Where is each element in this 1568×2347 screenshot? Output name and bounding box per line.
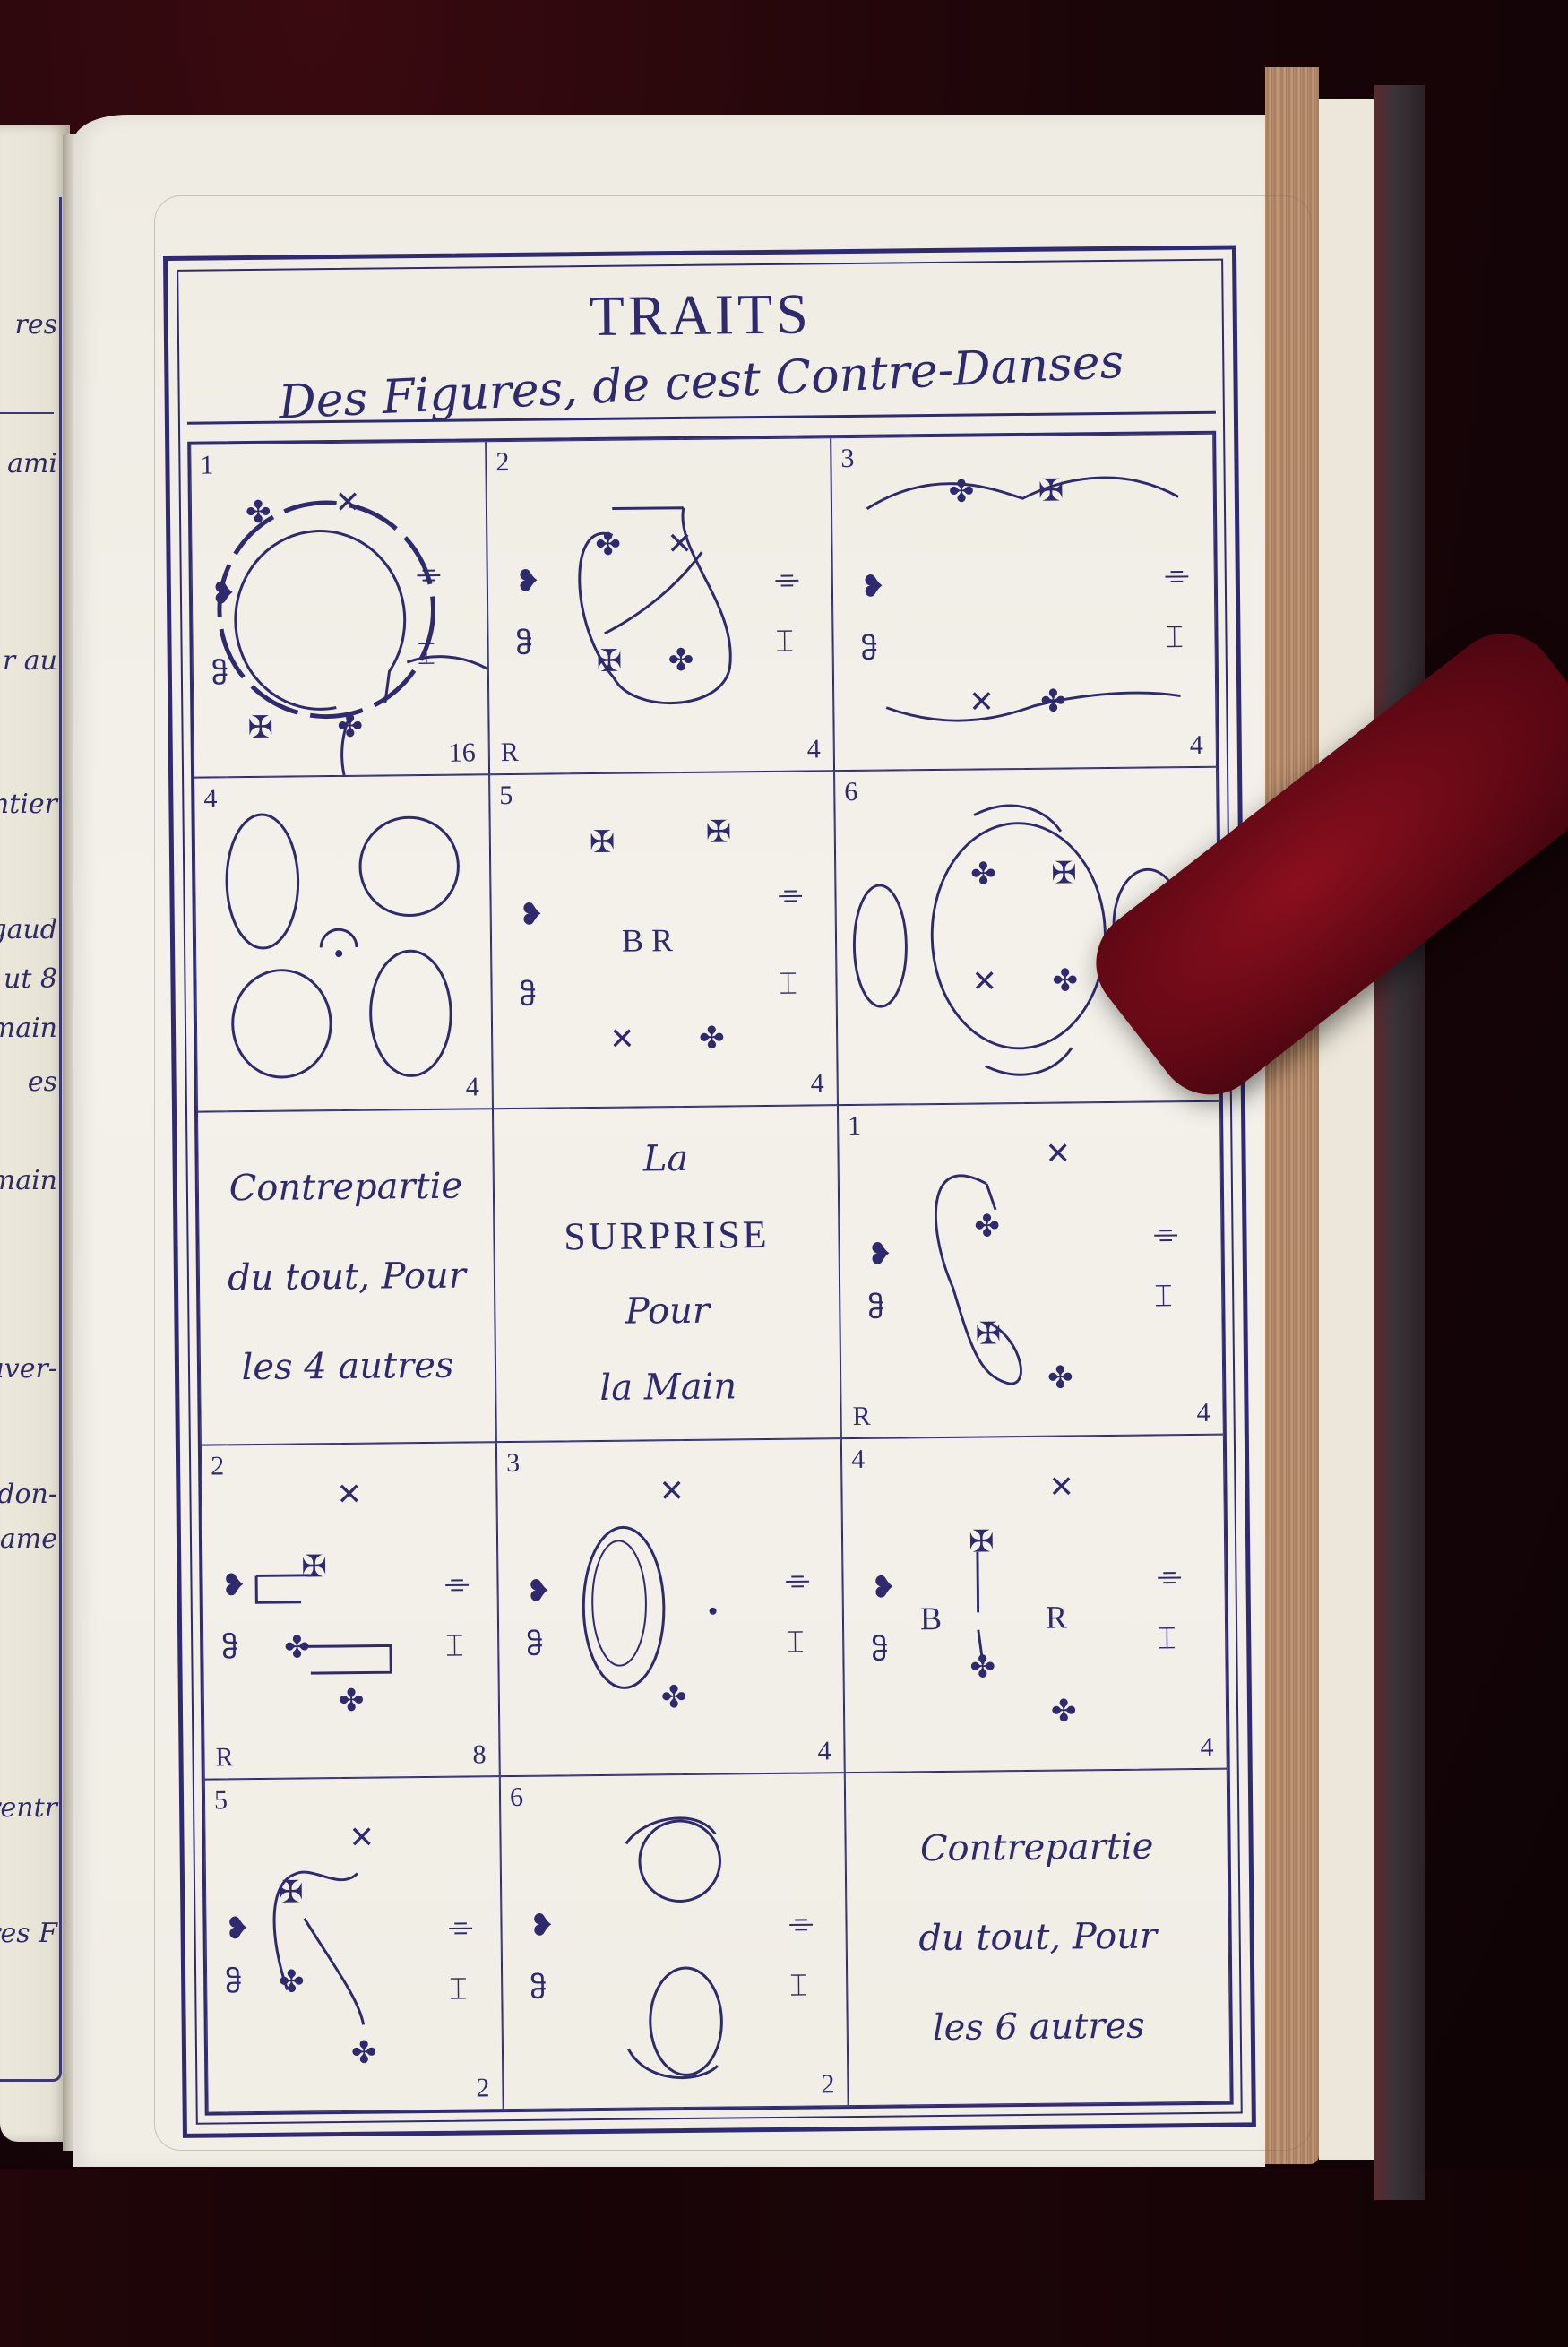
- figure-cell-6b: 6 ❥ ჵ ⌯ ⌶ 2: [500, 1773, 849, 2110]
- quatrefoil-icon: ✤: [661, 1683, 687, 1713]
- dance-title: SURPRISE: [495, 1195, 839, 1275]
- cross-icon: ✠: [1038, 476, 1064, 506]
- ibeam-icon: ⌶: [445, 1632, 464, 1662]
- repeat-count: 4: [1196, 1398, 1210, 1428]
- bow-icon: ⌯: [788, 1908, 814, 1938]
- figure-cell-4b: 4 ✕ ✠ ❥ B R ჵ ✤ ✤ ⌯ ⌶ 4: [841, 1435, 1228, 1773]
- engraved-frame-inner: TRAITS Des Figures, de cest Contre-Danse…: [177, 259, 1243, 2125]
- left-margin-text: res: [15, 309, 58, 341]
- saltire-icon: ✕: [1048, 1473, 1074, 1504]
- figure-cell-1: 1 ✤ ✕ ⌯ ❥ ჵ ⌶ ✠ ✤ 16: [190, 441, 489, 778]
- heart-icon: ❥: [519, 901, 545, 931]
- saltire-icon: ✕: [971, 968, 997, 998]
- left-margin-text: es: [28, 1066, 57, 1098]
- bow-icon: ⌯: [778, 880, 803, 910]
- heart-icon: ❥: [529, 1911, 555, 1941]
- bow-icon: ⌯: [1157, 1561, 1182, 1592]
- caption-line: Contrepartie: [198, 1141, 493, 1233]
- cell-letters: B R: [622, 921, 673, 960]
- ibeam-icon: ⌶: [1154, 1281, 1173, 1312]
- saltire-icon: ✕: [1045, 1139, 1071, 1169]
- repeat-count: 4: [1190, 730, 1203, 761]
- figures-grid: 1 ✤ ✕ ⌯ ❥ ჵ ⌶ ✠ ✤ 16 2: [187, 431, 1233, 2116]
- ibeam-icon: ⌶: [789, 1971, 808, 2001]
- saltire-icon: ✕: [609, 1025, 635, 1056]
- crossing-arcs-figure-icon: [831, 435, 1216, 771]
- knot-icon: ჵ: [530, 1973, 547, 2004]
- cross-icon: ✠: [597, 647, 623, 677]
- quatrefoil-icon: ✤: [337, 712, 363, 743]
- caption-line: La: [494, 1119, 838, 1199]
- heart-icon: ❥: [515, 567, 541, 598]
- vertical-arrows-figure-icon: [842, 1436, 1227, 1772]
- figure-cell-5b: 5 ✕ ✠ ❥ ჵ ✤ ✤ ⌯ ⌶ 2: [204, 1776, 504, 2113]
- left-margin-text: udon-: [0, 1479, 57, 1510]
- repeat-count: 4: [466, 1072, 479, 1102]
- engraved-frame: TRAITS Des Figures, de cest Contre-Danse…: [163, 245, 1256, 2137]
- quatrefoil-icon: ✤: [595, 531, 621, 561]
- cell-mark: R: [215, 1742, 233, 1773]
- repeat-count: 4: [811, 1068, 824, 1099]
- velvet-background: [0, 2169, 1568, 2347]
- saltire-icon: ✕: [659, 1477, 685, 1507]
- quatrefoil-icon: ✤: [1040, 686, 1066, 717]
- figure-eights-icon: [194, 776, 492, 1111]
- text-cell-contrepartie-4: Contrepartie du tout, Pour les 4 autres: [197, 1109, 496, 1445]
- bow-icon: ⌯: [1153, 1219, 1178, 1249]
- repeat-count: 2: [821, 2069, 834, 2100]
- cross-icon: ✠: [278, 1877, 304, 1908]
- ibeam-icon: ⌶: [449, 1974, 468, 2005]
- heart-icon: ❥: [224, 1914, 250, 1945]
- quatrefoil-icon: ✤: [949, 478, 975, 508]
- saltire-icon: ✕: [667, 530, 693, 560]
- text-cell-contrepartie-6: Contrepartie du tout, Pour les 6 autres: [845, 1768, 1231, 2106]
- figure-number: 5: [499, 781, 513, 811]
- bow-icon: ⌯: [444, 1569, 470, 1600]
- cell-caption: Contrepartie du tout, Pour les 4 autres: [198, 1141, 495, 1412]
- cell-letter-b: B: [920, 1600, 942, 1637]
- caption-line: les 6 autres: [848, 1980, 1229, 2073]
- left-page: res ami r au entier igaud ut 8 main es m…: [0, 125, 70, 2142]
- repeat-count: 4: [817, 1736, 831, 1766]
- cross-icon: ✠: [301, 1552, 327, 1583]
- ibeam-icon: ⌶: [1165, 623, 1184, 653]
- left-margin-text: entier: [0, 789, 57, 820]
- title-box: TRAITS Des Figures, de cest Contre-Danse…: [185, 268, 1216, 425]
- left-margin-text: ami: [7, 448, 57, 479]
- quatrefoil-icon: ✤: [351, 2038, 377, 2068]
- ibeam-icon: ⌶: [775, 627, 794, 658]
- caption-line: du tout, Pour: [199, 1230, 494, 1323]
- figure-cell-2: 2 ✤ ✕ ❥ ჵ ✠ ✤ ⌯ ⌶ R 4: [486, 437, 834, 774]
- quatrefoil-icon: ✤: [279, 1967, 305, 1998]
- cell-letter-r: R: [1046, 1599, 1067, 1636]
- left-margin-text: res F: [0, 1918, 57, 1949]
- bow-icon: ⌯: [785, 1566, 810, 1596]
- knot-icon: ჵ: [871, 1636, 888, 1667]
- figure-cell-3b: 3 ✕ ❥ ჵ ✤ ⌯ ⌶ 4: [496, 1438, 845, 1775]
- knot-icon: ჵ: [860, 635, 877, 666]
- ibeam-icon: ⌶: [779, 970, 797, 1000]
- knot-icon: ჵ: [515, 630, 532, 660]
- figure-cell-1b: 1 ✕ ✤ ❥ ჵ ✠ ✤ ⌯ ⌶ R 4: [838, 1100, 1224, 1438]
- cell-caption: Contrepartie du tout, Pour les 6 autres: [846, 1800, 1229, 2073]
- bow-icon: ⌯: [417, 559, 442, 590]
- repeat-count: 4: [1200, 1731, 1213, 1762]
- knot-icon: ჵ: [519, 981, 536, 1012]
- cross-icon: ✠: [590, 828, 616, 859]
- figure-cell-2b: 2 ✕ ❥ ✠ ჵ ✤ ✤ ⌯ ⌶ R 8: [201, 1442, 500, 1779]
- knot-icon: ჵ: [225, 1968, 242, 1998]
- knot-icon: ჵ: [867, 1293, 884, 1324]
- cell-mark: R: [501, 738, 519, 768]
- s-loop-figure-icon: [839, 1102, 1223, 1438]
- bow-icon: ⌯: [448, 1911, 473, 1942]
- quatrefoil-icon: ✤: [246, 498, 271, 529]
- left-margin-text: igaud: [0, 914, 57, 945]
- heart-icon: ❥: [870, 1574, 896, 1604]
- left-margin-text: ut 8: [4, 963, 57, 995]
- left-margin-text: aver-: [0, 1353, 57, 1385]
- cross-icon: ✠: [1051, 859, 1077, 890]
- right-page: TRAITS Des Figures, de cest Contre-Danse…: [73, 115, 1265, 2167]
- ibeam-icon: ⌶: [417, 640, 435, 670]
- cell-caption: La SURPRISE Pour la Main: [494, 1119, 840, 1428]
- caption-line: les 4 autres: [200, 1320, 495, 1412]
- heart-icon: ❥: [867, 1239, 893, 1270]
- cross-icon: ✠: [247, 713, 273, 744]
- cross-icon: ✠: [706, 818, 732, 849]
- ibeam-icon: ⌶: [1158, 1624, 1176, 1654]
- heart-icon: ❥: [211, 579, 237, 609]
- left-margin-text: r au: [3, 645, 57, 677]
- left-margin-text: dame: [0, 1523, 57, 1555]
- quatrefoil-icon: ✤: [969, 1653, 995, 1684]
- left-margin-text: main: [0, 1013, 57, 1044]
- knot-icon: ჵ: [221, 1634, 238, 1664]
- quatrefoil-icon: ✤: [970, 860, 996, 891]
- text-cell-la-surprise: La SURPRISE Pour la Main: [493, 1105, 841, 1442]
- knot-icon: ჵ: [211, 660, 228, 690]
- repeat-count: 4: [807, 735, 821, 765]
- quatrefoil-icon: ✤: [1047, 1363, 1073, 1394]
- cross-icon: ✠: [975, 1319, 1001, 1350]
- cross-icon: ✠: [969, 1528, 995, 1558]
- caption-line: Pour: [495, 1272, 840, 1351]
- repeat-count: 2: [476, 2073, 489, 2103]
- quatrefoil-icon: ✤: [668, 646, 694, 677]
- caption-line: Contrepartie: [846, 1800, 1228, 1894]
- quatrefoil-icon: ✤: [284, 1634, 310, 1664]
- heart-icon: ❥: [220, 1571, 246, 1601]
- endpaper: [1319, 99, 1374, 2160]
- left-margin-text: main: [0, 1165, 57, 1196]
- bow-icon: ⌯: [775, 565, 800, 595]
- heart-icon: ❥: [860, 573, 886, 603]
- caption-line: du tout, Pour: [847, 1890, 1228, 1983]
- ibeam-icon: ⌶: [786, 1628, 805, 1659]
- quatrefoil-icon: ✤: [699, 1024, 725, 1055]
- left-margin-text: trentr: [0, 1792, 57, 1824]
- saltire-icon: ✕: [349, 1823, 375, 1853]
- bow-icon: ⌯: [1165, 560, 1190, 591]
- saltire-icon: ✕: [969, 687, 995, 718]
- repeat-count: 8: [472, 1739, 486, 1770]
- figure-cell-5: 5 ✠ ✠ ❥ ⌯ B R ჵ ⌶ ✕ ✤ 4: [489, 772, 838, 1109]
- repeat-count: 16: [449, 738, 476, 769]
- saltire-icon: ✕: [335, 488, 361, 519]
- figure-cell-3: 3 ✤ ✠ ❥ ჵ ⌯ ⌶ ✕ ✤ 4: [831, 434, 1217, 772]
- cell-mark: R: [852, 1402, 870, 1432]
- saltire-icon: ✕: [336, 1480, 362, 1511]
- knot-icon: ჵ: [526, 1631, 543, 1661]
- quatrefoil-icon: ✤: [974, 1212, 1000, 1242]
- figure-cell-4: 4 4: [194, 775, 493, 1112]
- s-curve-figure-icon: [487, 438, 833, 773]
- quatrefoil-icon: ✤: [1052, 967, 1078, 997]
- caption-line: la Main: [496, 1348, 840, 1428]
- quatrefoil-icon: ✤: [339, 1687, 365, 1717]
- quatrefoil-icon: ✤: [1051, 1697, 1077, 1728]
- heart-icon: ❥: [525, 1577, 551, 1608]
- book-cover: [1374, 85, 1425, 2200]
